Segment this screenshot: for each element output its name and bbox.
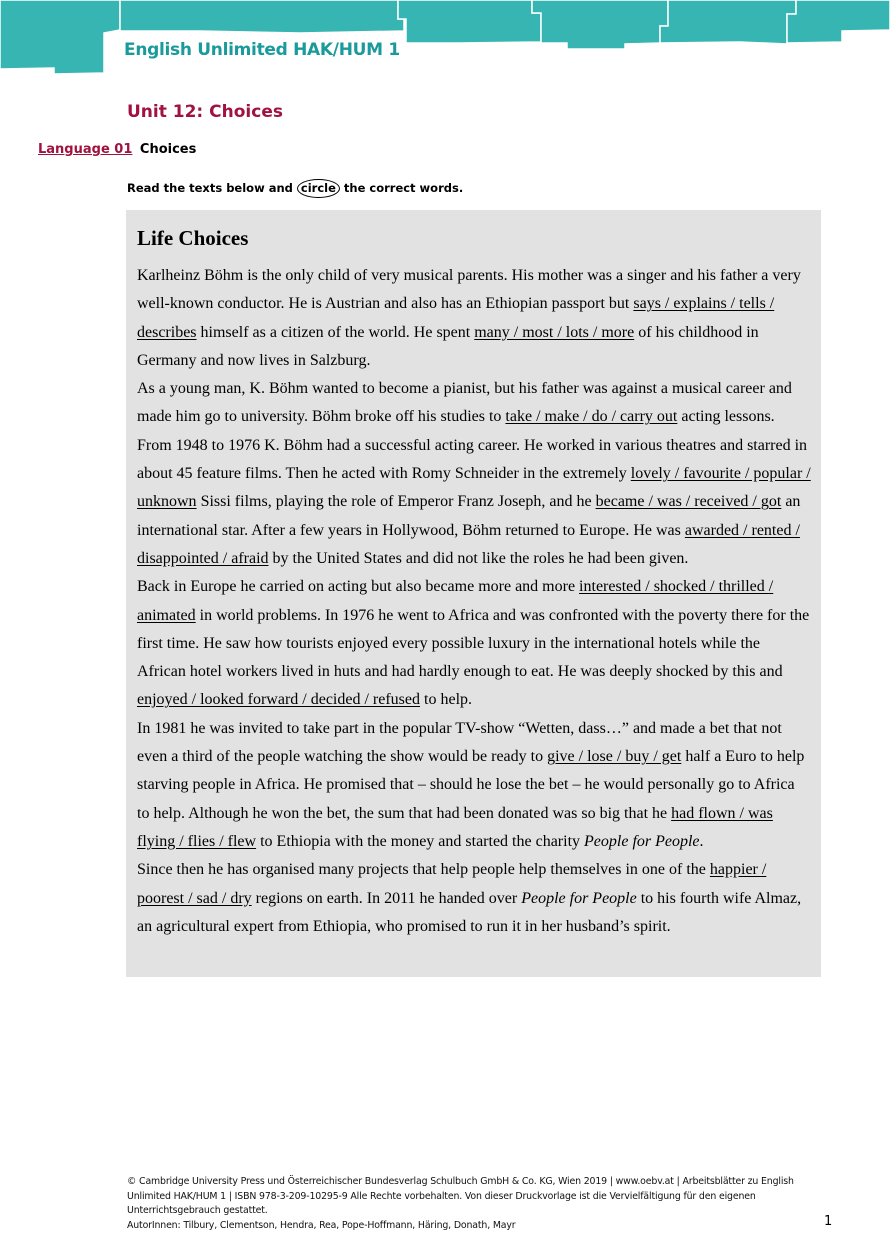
text-run: Sissi films, playing the role of Emperor… [197,493,596,510]
text-run: himself as a citizen of the world. He sp… [197,324,475,341]
authors-line: AutorInnen: Tilbury, Clementson, Hendra,… [127,1219,817,1234]
text-run: to help. [420,691,472,708]
section-heading: Language 01 Choices [38,142,196,157]
paragraph-2: As a young man, K. Böhm wanted to become… [137,375,811,573]
text-run: by the United States and did not like th… [269,550,689,567]
text-run: Since then he has organised many project… [137,861,710,878]
word-choice-2[interactable]: many / most / lots / more [474,324,634,341]
page-number: 1 [824,1214,832,1229]
text-run: Back in Europe he carried on acting but … [137,578,579,595]
word-choice-3[interactable]: take / make / do / carry out [505,408,677,425]
section-title: Choices [140,142,196,157]
instruction-text-after: the correct words. [340,181,463,195]
text-run: regions on earth. In 2011 he handed over [252,890,522,907]
paragraph-1: Karlheinz Böhm is the only child of very… [137,262,811,375]
page-footer: © Cambridge University Press und Österre… [127,1175,817,1233]
word-choice-9[interactable]: give / lose / buy / get [547,748,681,765]
word-choice-8[interactable]: enjoyed / looked forward / decided / ref… [137,691,420,708]
charity-name: People for People [584,833,700,850]
charity-name: People for People [521,890,637,907]
paragraph-3: Back in Europe he carried on acting but … [137,573,811,714]
unit-title: Unit 12: Choices [127,102,283,122]
article-body: Karlheinz Böhm is the only child of very… [137,262,811,941]
text-run: in world problems. In 1976 he went to Af… [137,607,809,681]
reading-text-box: Life Choices Karlheinz Böhm is the only … [126,210,821,977]
paragraph-5: Since then he has organised many project… [137,856,811,941]
article-title: Life Choices [137,224,811,252]
section-link[interactable]: Language 01 [38,142,132,157]
brand-title: English Unlimited HAK/HUM 1 [124,40,400,60]
paragraph-4: In 1981 he was invited to take part in t… [137,715,811,856]
text-run: . [700,833,704,850]
text-run: to Ethiopia with the money and started t… [256,833,584,850]
copyright-notice: © Cambridge University Press und Österre… [127,1175,817,1219]
instruction-text-before: Read the texts below and [127,181,297,195]
word-choice-5[interactable]: became / was / received / got [596,493,782,510]
exercise-instruction: Read the texts below and circle the corr… [127,179,463,198]
circled-word: circle [297,179,340,198]
